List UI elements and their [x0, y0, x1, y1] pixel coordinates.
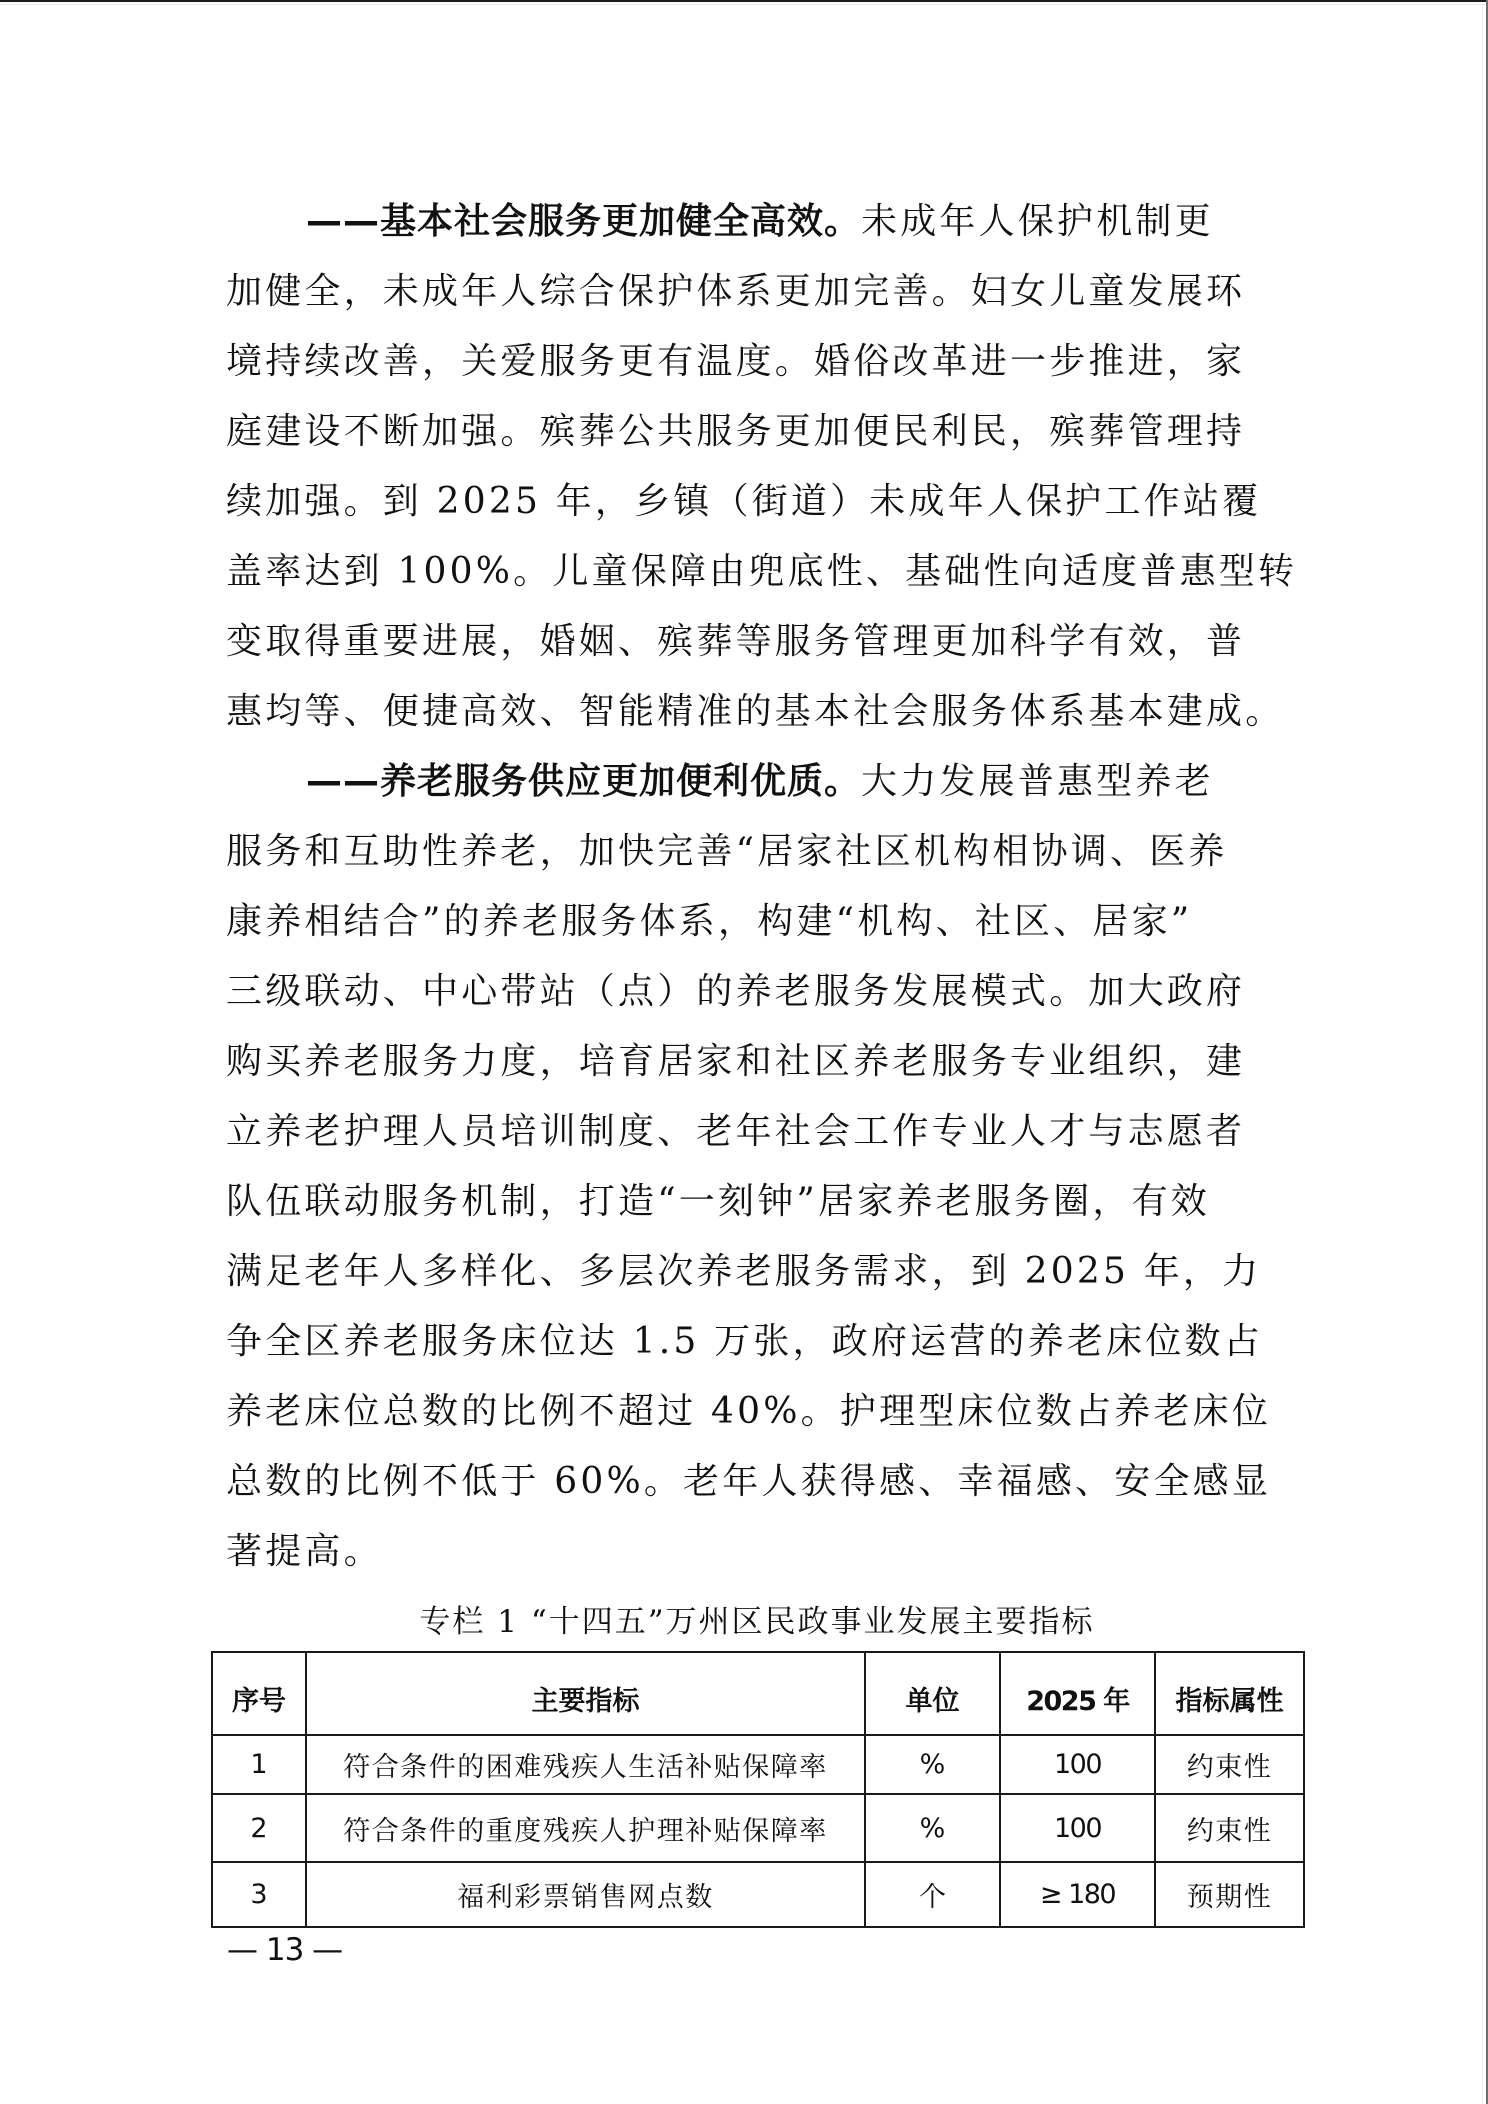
page-number: — 13 —: [227, 1928, 342, 1972]
paragraph-elderly-care-services: ——养老服务供应更加便利优质。大力发展普惠型养老 服务和互助性养老，加快完善“居…: [226, 747, 1266, 1587]
paragraph-line: ——养老服务供应更加便利优质。大力发展普惠型养老: [226, 747, 1266, 817]
cell-target-value: 100: [1000, 1794, 1155, 1862]
table-header-row: 序号 主要指标 单位 2025 年 指标属性: [212, 1652, 1304, 1735]
paragraph-line: 服务和互助性养老，加快完善“居家社区机构相协调、医养: [226, 817, 1266, 887]
page-top-edge: [0, 0, 1488, 2]
cell-unit: 个: [865, 1862, 1000, 1927]
paragraph-line: 境持续改善，关爱服务更有温度。婚俗改革进一步推进，家: [226, 327, 1266, 397]
column-header-attribute: 指标属性: [1155, 1652, 1304, 1735]
column-header-indicator: 主要指标: [306, 1652, 865, 1735]
paragraph-line: 变取得重要进展，婚姻、殡葬等服务管理更加科学有效，普: [226, 607, 1266, 677]
table-row: 3 福利彩票销售网点数 个 ≥ 180 预期性: [212, 1862, 1304, 1927]
cell-unit: %: [865, 1794, 1000, 1862]
indicators-table: 序号 主要指标 单位 2025 年 指标属性 1 符合条件的困难残疾人生活补贴保…: [211, 1651, 1305, 1928]
paragraph-line: 续加强。到 2025 年，乡镇（街道）未成年人保护工作站覆: [226, 467, 1266, 537]
paragraph-line-text: 大力发展普惠型养老: [861, 761, 1214, 802]
paragraph-line: 盖率达到 100%。儿童保障由兜底性、基础性向适度普惠型转: [226, 537, 1266, 607]
cell-indicator: 符合条件的重度残疾人护理补贴保障率: [306, 1794, 865, 1862]
cell-attribute: 约束性: [1155, 1735, 1304, 1794]
paragraph-line: ——基本社会服务更加健全高效。未成年人保护机制更: [226, 187, 1266, 257]
cell-indicator: 福利彩票销售网点数: [306, 1862, 865, 1927]
cell-target-value: 100: [1000, 1735, 1155, 1794]
paragraph-line-text: 未成年人保护机制更: [861, 201, 1214, 242]
paragraph-line: 立养老护理人员培训制度、老年社会工作专业人才与志愿者: [226, 1097, 1266, 1167]
paragraph-basic-social-services: ——基本社会服务更加健全高效。未成年人保护机制更 加健全，未成年人综合保护体系更…: [226, 187, 1266, 747]
column-header-unit: 单位: [865, 1652, 1000, 1735]
paragraph-line: 惠均等、便捷高效、智能精准的基本社会服务体系基本建成。: [226, 677, 1266, 747]
paragraph-line: 队伍联动服务机制，打造“一刻钟”居家养老服务圈，有效: [226, 1167, 1266, 1237]
table-row: 1 符合条件的困难残疾人生活补贴保障率 % 100 约束性: [212, 1735, 1304, 1794]
paragraph-line: 购买养老服务力度，培育居家和社区养老服务专业组织，建: [226, 1027, 1266, 1097]
cell-attribute: 约束性: [1155, 1794, 1304, 1862]
column-header-seq: 序号: [212, 1652, 306, 1735]
paragraph-line: 著提高。: [226, 1517, 1266, 1587]
paragraph-line: 养老床位总数的比例不超过 40%。护理型床位数占养老床位: [226, 1377, 1266, 1447]
paragraph-lead-heading: ——养老服务供应更加便利优质。: [306, 761, 861, 802]
cell-seq: 1: [212, 1735, 306, 1794]
page-top-shadow: [0, 4, 1488, 5]
paragraph-line: 三级联动、中心带站（点）的养老服务发展模式。加大政府: [226, 957, 1266, 1027]
paragraph-line: 总数的比例不低于 60%。老年人获得感、幸福感、安全感显: [226, 1447, 1266, 1517]
paragraph-line: 满足老年人多样化、多层次养老服务需求，到 2025 年，力: [226, 1237, 1266, 1307]
cell-seq: 2: [212, 1794, 306, 1862]
cell-indicator: 符合条件的困难残疾人生活补贴保障率: [306, 1735, 865, 1794]
cell-seq: 3: [212, 1862, 306, 1927]
table-caption: 专栏 1 “十四五”万州区民政事业发展主要指标: [211, 1600, 1303, 1644]
paragraph-line: 庭建设不断加强。殡葬公共服务更加便民利民，殡葬管理持: [226, 397, 1266, 467]
table-row: 2 符合条件的重度残疾人护理补贴保障率 % 100 约束性: [212, 1794, 1304, 1862]
paragraph-line: 争全区养老服务床位达 1.5 万张，政府运营的养老床位数占: [226, 1307, 1266, 1377]
column-header-2025-target: 2025 年: [1000, 1652, 1155, 1735]
paragraph-line: 康养相结合”的养老服务体系，构建“机构、社区、居家”: [226, 887, 1266, 957]
paragraph-line: 加健全，未成年人综合保护体系更加完善。妇女儿童发展环: [226, 257, 1266, 327]
page-right-shadow: [1482, 4, 1483, 2104]
body-text: ——基本社会服务更加健全高效。未成年人保护机制更 加健全，未成年人综合保护体系更…: [226, 187, 1266, 1587]
cell-unit: %: [865, 1735, 1000, 1794]
paragraph-lead-heading: ——基本社会服务更加健全高效。: [306, 201, 861, 242]
cell-attribute: 预期性: [1155, 1862, 1304, 1927]
cell-target-value: ≥ 180: [1000, 1862, 1155, 1927]
